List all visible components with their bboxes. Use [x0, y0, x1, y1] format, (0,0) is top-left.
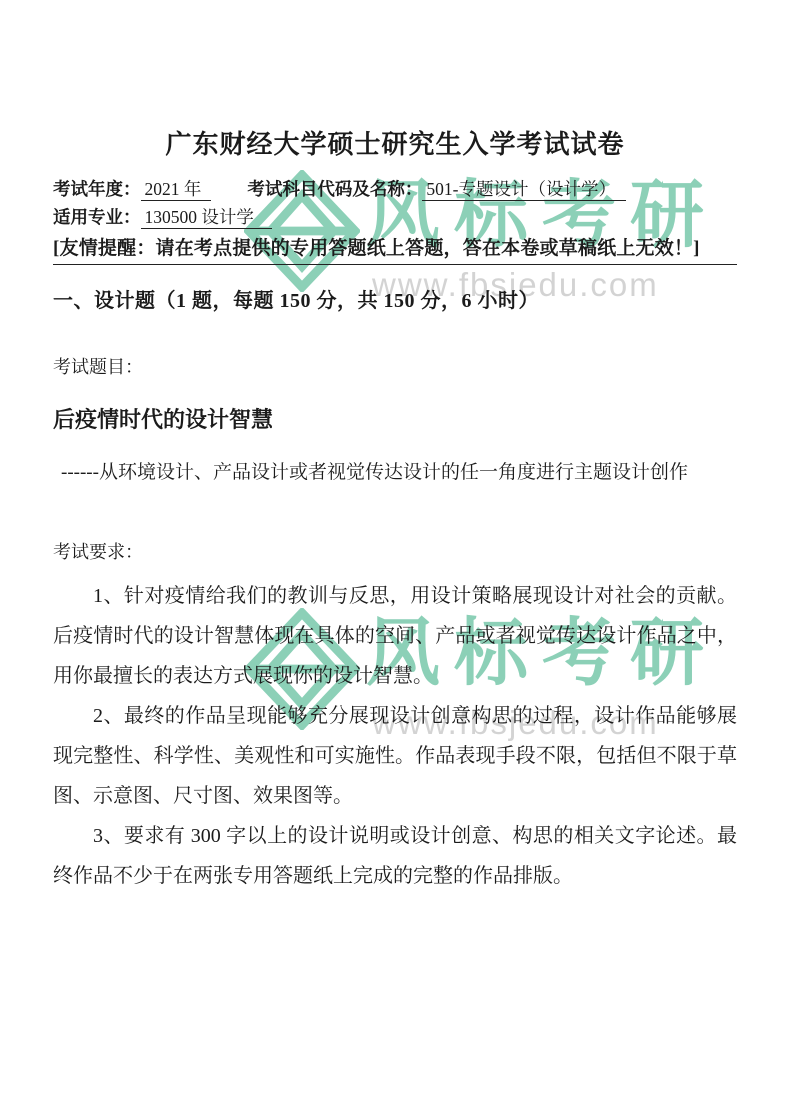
exam-paper-content: 广东财经大学硕士研究生入学考试试卷 考试年度：2021 年考试科目代码及名称：5… [0, 0, 790, 896]
subject-code-value: 501-专题设计（设计学） [422, 179, 626, 201]
exam-year-label: 考试年度： [53, 179, 141, 199]
requirement-paragraph-1: 1、针对疫情给我们的教训与反思，用设计策略展现设计对社会的贡献。后疫情时代的设计… [53, 576, 737, 696]
topic-subtitle: ------从环境设计、产品设计或者视觉传达设计的任一角度进行主题设计创作 [53, 457, 737, 484]
major-label: 适用专业： [53, 207, 141, 227]
major-value: 130500 设计学 [141, 207, 272, 229]
exam-year-value: 2021 年 [141, 179, 212, 201]
meta-row-year-subject: 考试年度：2021 年考试科目代码及名称：501-专题设计（设计学） [53, 175, 737, 203]
exam-paper-page: 风标考研 www.fbsjedu.com 风标考研 www.fbsjedu.co… [0, 0, 790, 1119]
requirement-paragraph-2: 2、最终的作品呈现能够充分展现设计创意构思的过程，设计作品能够展现完整性、科学性… [53, 696, 737, 816]
section-heading: 一、设计题（1 题，每题 150 分，共 150 分，6 小时） [53, 284, 737, 313]
topic-label: 考试题目： [53, 353, 737, 379]
topic-title: 后疫情时代的设计智慧 [53, 403, 737, 434]
meta-row-major: 适用专业：130500 设计学 [53, 203, 737, 231]
friendly-reminder-notice: [友情提醒：请在考点提供的专用答题纸上答题，答在本卷或草稿纸上无效！] [53, 234, 737, 265]
page-title: 广东财经大学硕士研究生入学考试试卷 [53, 124, 737, 161]
requirement-paragraph-3: 3、要求有 300 字以上的设计说明或设计创意、构思的相关文字论述。最终作品不少… [53, 816, 737, 896]
subject-code-label: 考试科目代码及名称： [247, 179, 422, 199]
requirements-label: 考试要求： [53, 538, 737, 564]
